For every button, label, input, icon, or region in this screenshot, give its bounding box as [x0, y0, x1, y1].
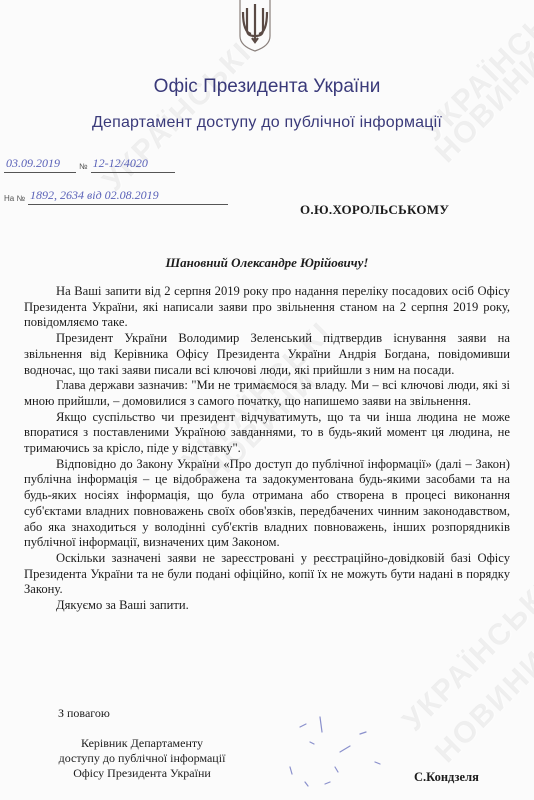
closing: З повагою — [58, 706, 110, 721]
letter-body: На Ваші запити від 2 серпня 2019 року пр… — [24, 284, 510, 614]
paragraph: Оскільки зазначені заяви не зареєстрован… — [24, 551, 510, 598]
paragraph: На Ваші запити від 2 серпня 2019 року пр… — [24, 284, 510, 331]
signatory-title-line: Офісу Президента України — [42, 766, 242, 781]
paragraph: Глава держави зазначив: "Ми не тримаємос… — [24, 378, 510, 409]
signatory-title-line: доступу до публічної інформації — [42, 751, 242, 766]
reply-reference-line: На № 1892, 2634 від 02.08.2019 — [4, 188, 228, 205]
outgoing-date: 03.09.2019 — [4, 156, 76, 173]
registration-line: 03.09.2019 № 12-12/4020 — [4, 156, 175, 173]
watermark: НОВИНИ — [429, 644, 534, 769]
department-title: Департамент доступу до публічної інформа… — [42, 114, 492, 132]
document-page: УКРАЇНСЬКІ УКРАЇНСЬКІ НОВИНИ УКРАЇНСЬКІ … — [0, 0, 534, 800]
salutation: Шановний Олександре Юрійовичу! — [0, 255, 534, 271]
watermark: НОВИНИ — [429, 44, 534, 169]
number-label: № — [79, 162, 88, 171]
signatory-title-line: Керівник Департаменту — [42, 736, 242, 751]
outgoing-number: 12-12/4020 — [91, 156, 175, 173]
reply-label: На № — [4, 194, 25, 203]
paragraph: Відповідно до Закону України «Про доступ… — [24, 457, 510, 551]
signer-name: С.Кондзеля — [414, 770, 479, 785]
paragraph: Якщо суспільство чи президент відчуватим… — [24, 410, 510, 457]
addressee: О.Ю.ХОРОЛЬСЬКОМУ — [300, 202, 449, 218]
office-title: Офіс Президента України — [0, 76, 534, 98]
paragraph: Дякуємо за Ваші запити. — [24, 598, 510, 614]
signature-icon — [280, 712, 410, 792]
trident-coat-of-arms-icon — [237, 0, 273, 52]
paragraph: Президент України Володимир Зеленський п… — [24, 331, 510, 378]
signatory-title: Керівник Департаменту доступу до публічн… — [42, 736, 242, 781]
reply-reference: 1892, 2634 від 02.08.2019 — [28, 188, 228, 205]
